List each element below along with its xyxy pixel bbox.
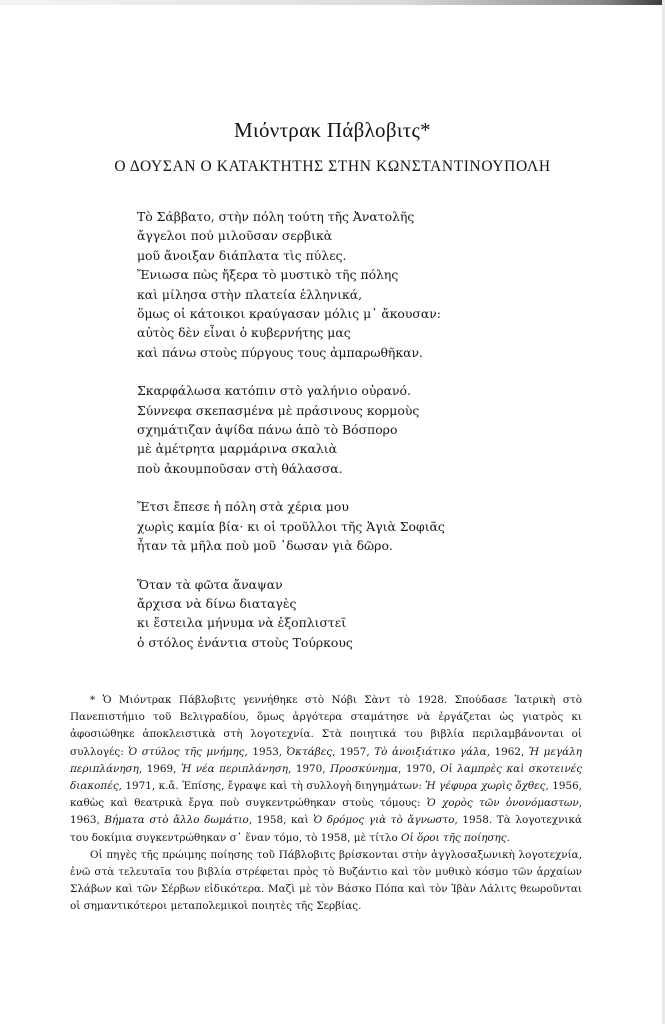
work-title: Ὁ χορὸς τῶν ὀνονόμαστων bbox=[427, 797, 579, 809]
poem-line: καὶ πάνω στοὺς πύργους τους ἀμπαρωθῆκαν. bbox=[137, 343, 537, 362]
poem-line: σχημάτιζαν ἁψίδα πάνω ἀπὸ τὸ Βόσπορο bbox=[137, 420, 537, 439]
work-title: Προσκύνημα bbox=[330, 763, 398, 775]
work-title: Ὀκτάβες bbox=[287, 746, 333, 758]
poem-line: ποὺ ἀκουμποῦσαν στὴ θάλασσα. bbox=[137, 459, 537, 478]
poem-line: Ὅταν τὰ φῶτα ἄναψαν bbox=[137, 575, 537, 594]
footnote-text: . bbox=[507, 832, 510, 844]
stanza-4: Ὅταν τὰ φῶτα ἄναψαν ἄρχισα νὰ δίνω διατα… bbox=[137, 575, 537, 653]
footnote-text: , 1969, bbox=[139, 763, 181, 775]
poem-line: μοῦ ἄνοιξαν διάπλατα τὶς πύλες. bbox=[137, 246, 537, 265]
poem-line: Σκαρφάλωσα κατόπιν στὸ γαλήνιο οὐρανό. bbox=[137, 381, 537, 400]
poem-line: ὁ στόλος ἐνάντια στοὺς Τούρκους bbox=[137, 633, 537, 652]
work-title: Ἡ γέφυρα χωρὶς ὄχθες bbox=[425, 780, 545, 792]
footnote-text: , 1962, bbox=[487, 746, 529, 758]
poem-line: αὐτὸς δὲν εἶναι ὁ κυβερνήτης μας bbox=[137, 323, 537, 342]
footnote-text: , 1953, bbox=[245, 746, 287, 758]
footnote-paragraph-2: Οἱ πηγὲς τῆς πρώιμης ποίησης τοῦ Πάβλοβι… bbox=[70, 847, 582, 916]
author-footnote: * Ὁ Μιόντρακ Πάβλοβιτς γεννήθηκε στὸ Νόβ… bbox=[70, 692, 582, 916]
work-title: Τὸ ἀνοιξιάτικο γάλα bbox=[374, 746, 486, 758]
footnote-text: , 1971, κ.ἄ. Ἐπίσης, ἔγραψε καὶ τὴ συλλο… bbox=[119, 780, 426, 792]
poem-body: Τὸ Σάββατο, στὴν πόλη τούτη τῆς Ἀνατολῆς… bbox=[137, 207, 537, 671]
footnote-text: , 1970, bbox=[398, 763, 440, 775]
poem-line: Ἔνιωσα πὼς ἤξερα τὸ μυστικὸ τῆς πόλης bbox=[137, 265, 537, 284]
work-title: Βήματα στὸ ἄλλο δωμάτιο bbox=[104, 814, 248, 826]
stanza-1: Τὸ Σάββατο, στὴν πόλη τούτη τῆς Ἀνατολῆς… bbox=[137, 207, 537, 362]
poem-line: ἄγγελοι πού μιλοῦσαν σερβικὰ bbox=[137, 226, 537, 245]
poem-line: κι ἔστειλα μήνυμα νὰ ἐξοπλιστεῖ bbox=[137, 613, 537, 632]
author-heading: Μιόντρακ Πάβλοβιτς* bbox=[0, 118, 665, 143]
footnote-text: , 1957, bbox=[332, 746, 374, 758]
footnote-paragraph-1: * Ὁ Μιόντρακ Πάβλοβιτς γεννήθηκε στὸ Νόβ… bbox=[70, 692, 582, 847]
poem-title: Ο ΔΟΥΣΑΝ Ο ΚΑΤΑΚΤΗΤΗΣ ΣΤΗΝ ΚΩΝΣΤΑΝΤΙΝΟΥΠ… bbox=[0, 158, 665, 176]
poem-line: Σύννεφα σκεπασμένα μὲ πράσινους κορμοὺς bbox=[137, 401, 537, 420]
work-title: Ὁ στύλος τῆς μνήμης bbox=[128, 746, 244, 758]
poem-line: χωρὶς καμία βία· κι οἱ τροῦλλοι τῆς Ἁγιὰ… bbox=[137, 517, 537, 536]
poem-line: Τὸ Σάββατο, στὴν πόλη τούτη τῆς Ἀνατολῆς bbox=[137, 207, 537, 226]
stanza-3: Ἔτσι ἔπεσε ἡ πόλη στὰ χέρια μου χωρὶς κα… bbox=[137, 497, 537, 555]
poem-line: καὶ μίλησα στὴν πλατεία ἑλληνικά, bbox=[137, 285, 537, 304]
poem-line: ὅμως οἱ κάτοικοι κραύγασαν μόλις μ᾽ ἄκου… bbox=[137, 304, 537, 323]
footnote-text: Οἱ πηγὲς τῆς πρώιμης ποίησης τοῦ Πάβλοβι… bbox=[70, 849, 582, 913]
work-title: Ἡ νέα περιπλάνηση bbox=[181, 763, 288, 775]
poem-line: μὲ ἀμέτρητα μαρμάρινα σκαλιὰ bbox=[137, 439, 537, 458]
footnote-text: , 1970, bbox=[288, 763, 330, 775]
stanza-2: Σκαρφάλωσα κατόπιν στὸ γαλήνιο οὐρανό. Σ… bbox=[137, 381, 537, 478]
work-title: Οἱ ὅροι τῆς ποίησης bbox=[401, 832, 507, 844]
poem-line: Ἔτσι ἔπεσε ἡ πόλη στὰ χέρια μου bbox=[137, 497, 537, 516]
footnote-text: , 1958, καὶ bbox=[249, 814, 314, 826]
scan-top-edge bbox=[0, 0, 665, 5]
poem-line: ἄρχισα νὰ δίνω διαταγὲς bbox=[137, 594, 537, 613]
poem-line: ἦταν τὰ μῆλα ποὺ μοῦ ᾽δωσαν γιὰ δῶρο. bbox=[137, 536, 537, 555]
work-title: Ὁ δρόμος γιὰ τὸ ἄγνωστο bbox=[313, 814, 454, 826]
